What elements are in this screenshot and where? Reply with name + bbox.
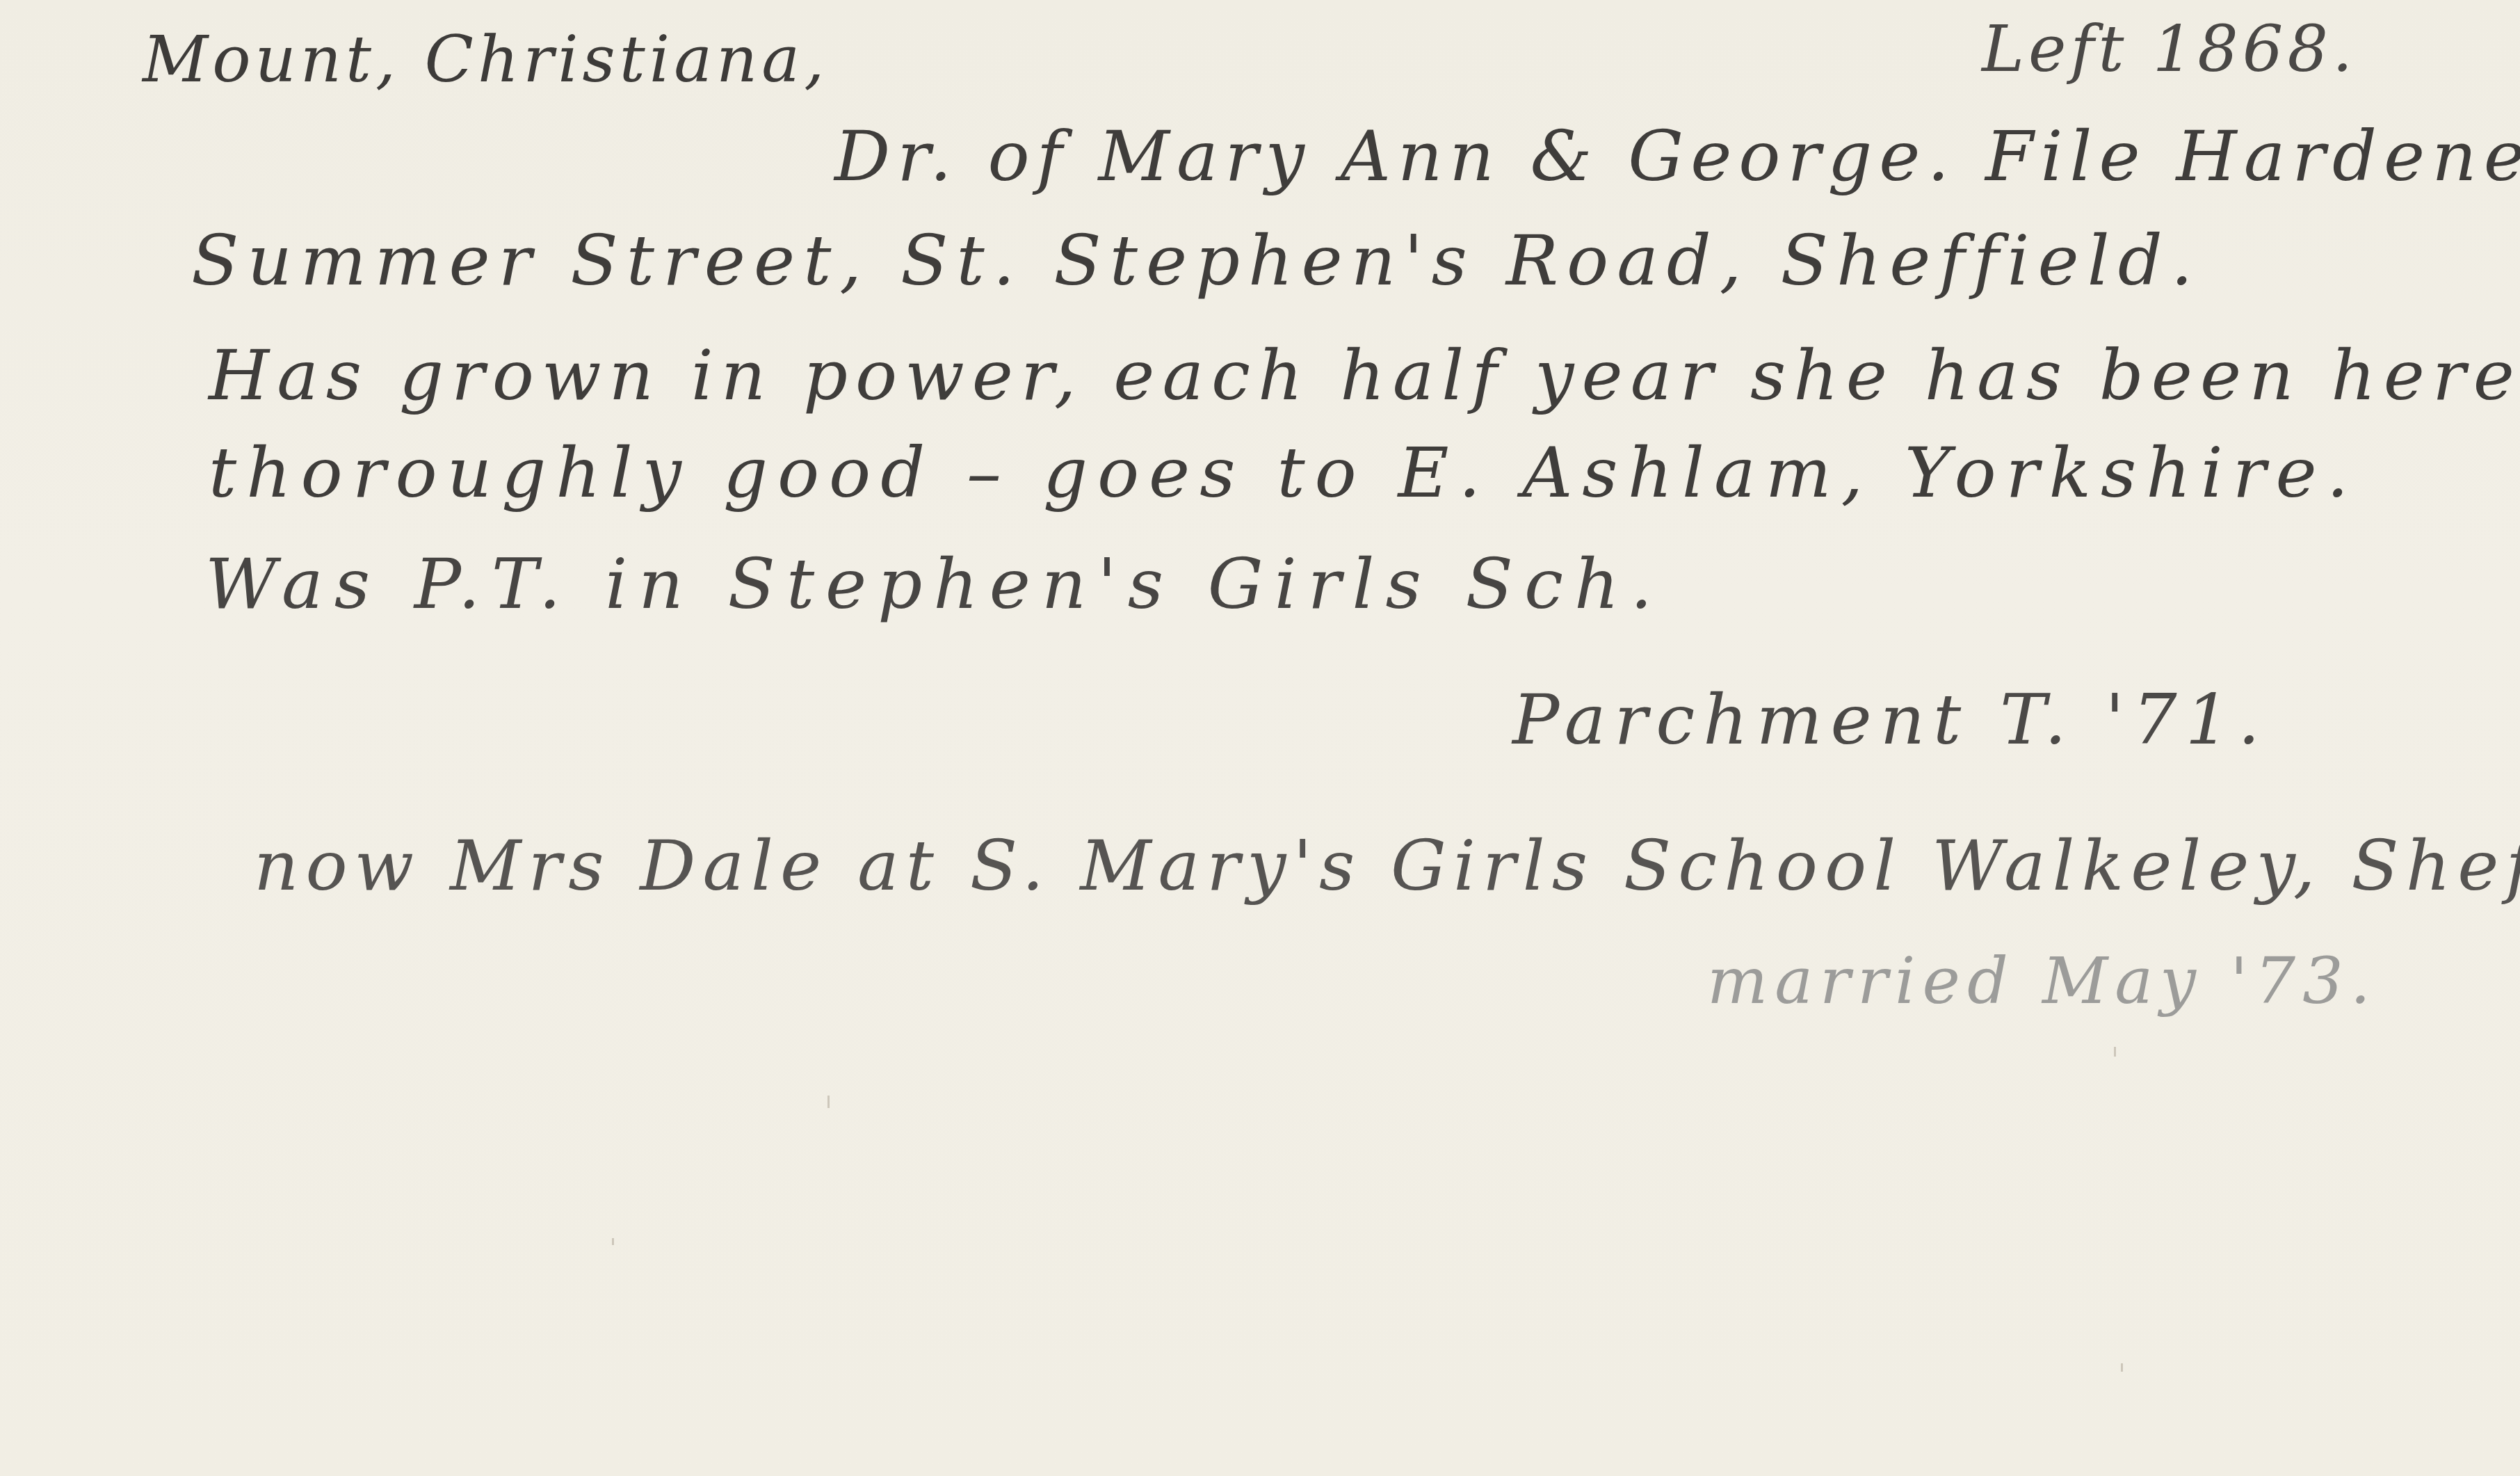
remark-line-2: thoroughly good – goes to E. Ashlam, Yor…: [209, 438, 2359, 508]
paper-fiber: [2121, 1363, 2123, 1372]
student-name: Mount, Christiana,: [143, 28, 828, 92]
remark-line-1: Has grown in power, each half year she h…: [209, 341, 2520, 410]
parentage-line: Dr. of Mary Ann & George. File Hardener,: [834, 122, 2520, 191]
paper-fiber: [827, 1096, 830, 1108]
address-line: Summer Street, St. Stephen's Road, Sheff…: [191, 226, 2201, 296]
record-card: Mount, Christiana, Left 1868. Dr. of Mar…: [0, 0, 2520, 1476]
paper-fiber: [612, 1238, 614, 1245]
later-status-note: now Mrs Dale at S. Mary's Girls School W…: [254, 831, 2520, 901]
year-left: Left 1868.: [1982, 17, 2357, 81]
pencil-marriage-note: married May '73.: [1707, 949, 2377, 1013]
paper-fiber: [2114, 1047, 2116, 1057]
certificate-note: Parchment T. '71.: [1512, 685, 2268, 755]
remark-line-3: Was P.T. in Stephen's Girls Sch.: [205, 550, 1663, 619]
